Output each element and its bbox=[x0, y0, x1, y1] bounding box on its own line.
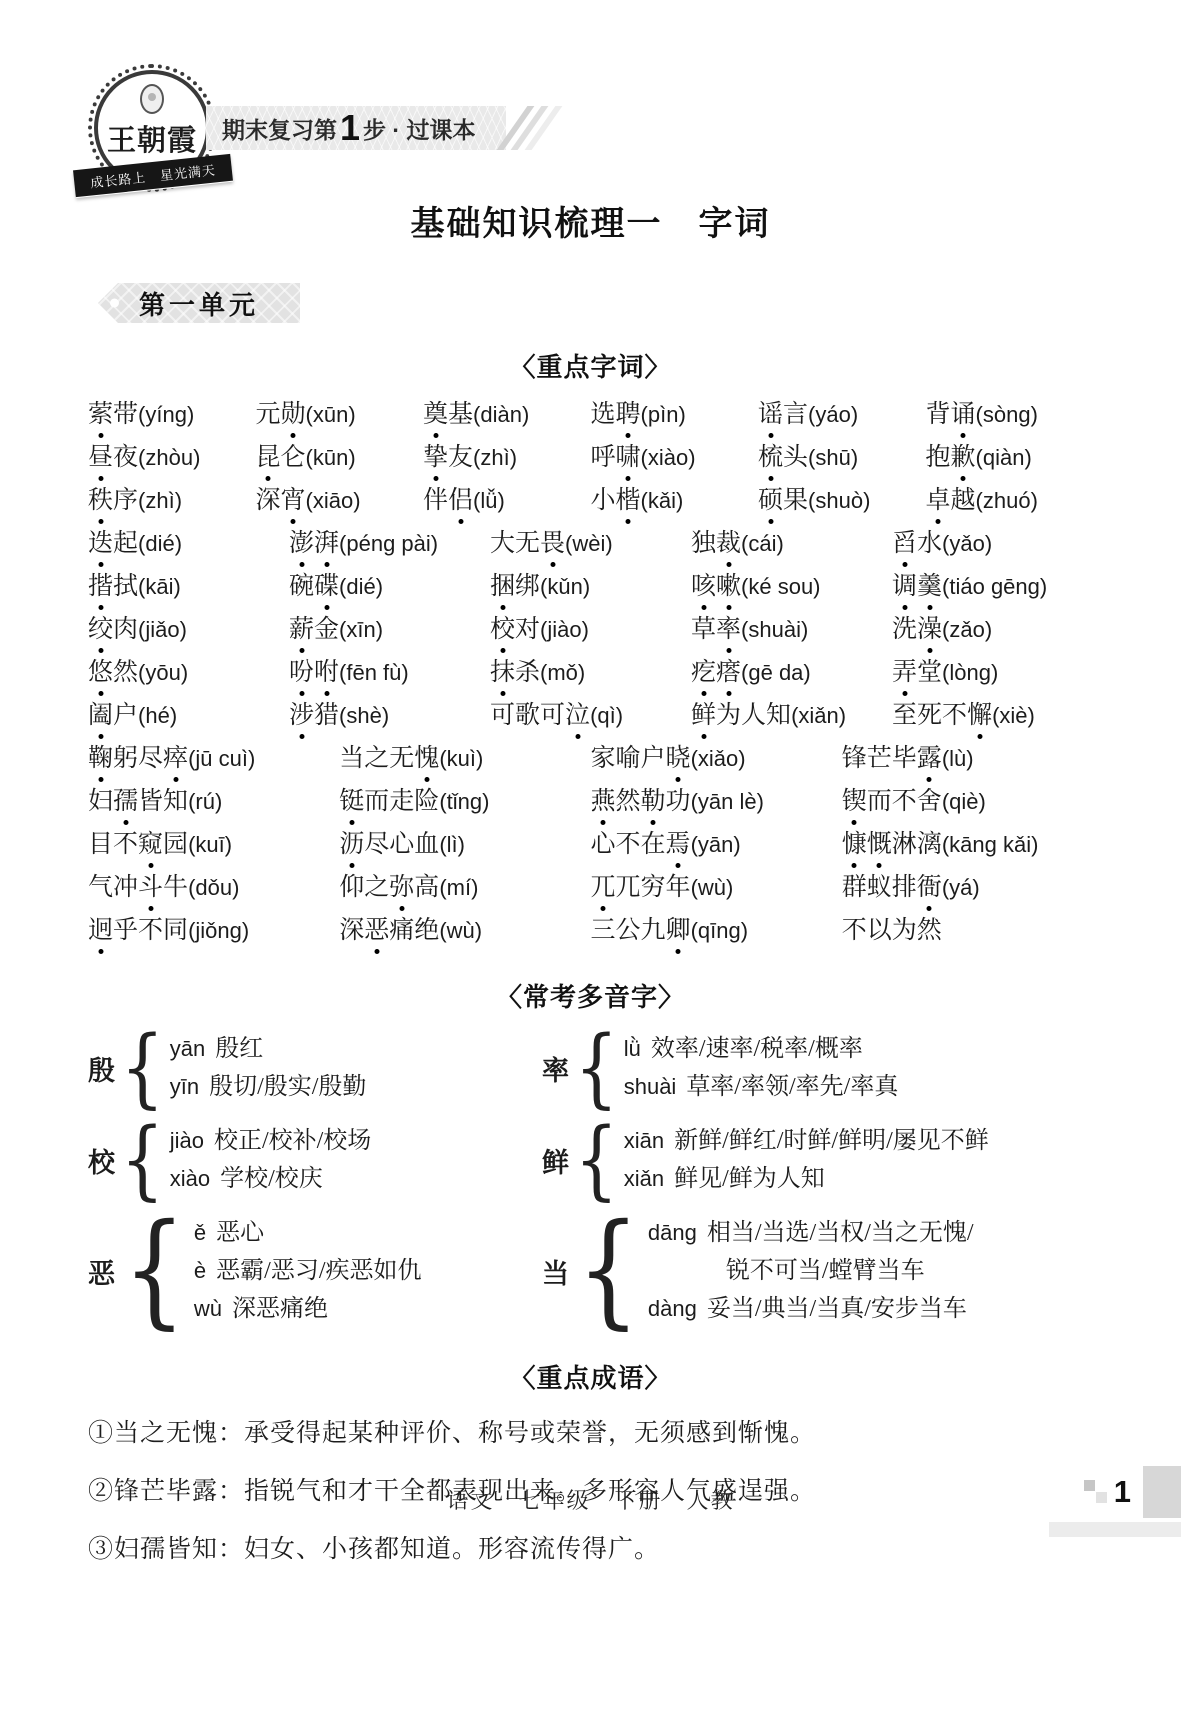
polyphone-entry: 殷{yān殷红yīn殷切/殷实/殷勤 bbox=[88, 1030, 528, 1106]
word-row: 绞肉(jiǎo)薪金(xīn)校对(jiào)草率(shuài)洗澡(zǎo) bbox=[88, 615, 1093, 658]
polyphone-line: shuài草率/率领/率先/率真 bbox=[624, 1068, 899, 1106]
word-row: 鞠躬尽瘁(jū cuì)当之无愧(kuì)家喻户晓(xiǎo)锋芒毕露(lù) bbox=[88, 744, 1093, 787]
section-heading-polyphones: 〈常考多音字〉 bbox=[88, 977, 1093, 1014]
word-item: 吩咐(fēn fù) bbox=[289, 658, 409, 688]
textbook-page: 王朝霞 成长路上 星光满天 期末复习第 1 步 · 过课本 基础知识梳理一 字词… bbox=[0, 0, 1181, 1730]
word-item: 碗碟(dié) bbox=[289, 572, 383, 602]
polyphone-line: wù深恶痛绝 bbox=[194, 1290, 422, 1328]
word-item: 抹杀(mǒ) bbox=[490, 658, 585, 688]
word-item: 呼啸(xiào) bbox=[591, 443, 696, 473]
word-item: 硕果(shuò) bbox=[758, 486, 870, 516]
word-item: 调羹(tiáo gēng) bbox=[892, 572, 1047, 602]
polyphone-line: ě恶心 bbox=[194, 1214, 422, 1252]
word-item: 卓越(zhuó) bbox=[926, 486, 1038, 516]
word-item: 不以为然 bbox=[842, 916, 942, 946]
footer-book-info: 语文 七年级 下册 人教 bbox=[0, 1484, 1181, 1515]
word-item: 背诵(sòng) bbox=[926, 400, 1038, 430]
word-item: 捆绑(kǔn) bbox=[490, 572, 590, 602]
word-item: 小楷(kǎi) bbox=[591, 486, 684, 516]
word-item: 燕然勒功(yān lè) bbox=[591, 787, 764, 817]
polyphone-line: yān殷红 bbox=[170, 1030, 367, 1068]
word-item: 可歌可泣(qì) bbox=[490, 701, 623, 731]
word-item: 昆仑(kūn) bbox=[256, 443, 356, 473]
word-item: 洗澡(zǎo) bbox=[892, 615, 992, 645]
word-row: 阖户(hé)涉猎(shè)可歌可泣(qì)鲜为人知(xiǎn)至死不懈(xiè) bbox=[88, 701, 1093, 744]
word-item: 揩拭(kāi) bbox=[88, 572, 181, 602]
word-item: 元勋(xūn) bbox=[256, 400, 356, 430]
word-item: 深恶痛绝(wù) bbox=[339, 916, 482, 946]
section-heading-key-words: 〈重点字词〉 bbox=[88, 347, 1093, 384]
polyphone-character: 殷 bbox=[88, 1049, 115, 1088]
word-row: 气冲斗牛(dǒu)仰之弥高(mí)兀兀穷年(wù)群蚁排衙(yá) bbox=[88, 873, 1093, 916]
word-item: 秩序(zhì) bbox=[88, 486, 182, 516]
word-row: 揩拭(kāi)碗碟(dié)捆绑(kǔn)咳嗽(ké sou)调羹(tiáo g… bbox=[88, 572, 1093, 615]
page-title: 基础知识梳理一 字词 bbox=[88, 196, 1093, 245]
word-item: 萦带(yíng) bbox=[88, 400, 194, 430]
key-words-grid: 萦带(yíng)元勋(xūn)奠基(diàn)选聘(pìn)谣言(yáo)背诵(… bbox=[88, 400, 1093, 959]
page-number: 1 bbox=[1114, 1474, 1131, 1510]
word-row: 秩序(zhì)深宵(xiāo)伴侣(lǚ)小楷(kǎi)硕果(shuò)卓越(z… bbox=[88, 486, 1093, 529]
page-corner-strip-decoration bbox=[1049, 1522, 1181, 1537]
word-item: 当之无愧(kuì) bbox=[339, 744, 483, 774]
polyphone-line: xiǎn鲜见/鲜为人知 bbox=[624, 1160, 989, 1198]
brace-decoration: { bbox=[120, 1126, 164, 1195]
word-item: 疙瘩(gē da) bbox=[691, 658, 811, 688]
polyphone-entry: 校{jiào校正/校补/校场xiào学校/校庆 bbox=[88, 1122, 528, 1198]
word-item: 薪金(xīn) bbox=[289, 615, 383, 645]
brace-decoration: { bbox=[574, 1126, 618, 1195]
polyphone-line: jiào校正/校补/校场 bbox=[170, 1122, 372, 1160]
word-item: 铤而走险(tǐng) bbox=[339, 787, 489, 817]
word-item: 伴侣(lǚ) bbox=[423, 486, 505, 516]
polyphone-entry: 鲜{xiān新鲜/鲜红/时鲜/鲜明/屡见不鲜xiǎn鲜见/鲜为人知 bbox=[542, 1122, 1093, 1198]
word-item: 迥乎不同(jiǒng) bbox=[88, 916, 249, 946]
word-item: 谣言(yáo) bbox=[758, 400, 858, 430]
brace-decoration: { bbox=[120, 1034, 164, 1103]
word-item: 慷慨淋漓(kāng kǎi) bbox=[842, 830, 1039, 860]
polyphone-line: dàng妥当/典当/当真/安步当车 bbox=[648, 1290, 974, 1328]
unit-tag: 第一单元 bbox=[98, 283, 300, 323]
polyphone-entry: 恶{ě恶心è恶霸/恶习/疾恶如仇wù深恶痛绝 bbox=[88, 1214, 528, 1328]
word-row: 迭起(dié)澎湃(péng pài)大无畏(wèi)独裁(cái)舀水(yǎo… bbox=[88, 529, 1093, 572]
polyphone-entry: 率{lǜ效率/速率/税率/概率shuài草率/率领/率先/率真 bbox=[542, 1030, 1093, 1106]
section-heading-idioms: 〈重点成语〉 bbox=[88, 1358, 1093, 1395]
idiom-definition: ③妇孺皆知：妇女、小孩都知道。形容流传得广。 bbox=[88, 1533, 1093, 1567]
word-item: 鲜为人知(xiǎn) bbox=[691, 701, 846, 731]
word-item: 气冲斗牛(dǒu) bbox=[88, 873, 239, 903]
word-row: 迥乎不同(jiǒng)深恶痛绝(wù)三公九卿(qīng)不以为然 bbox=[88, 916, 1093, 959]
page-number-block: 1 bbox=[1084, 1466, 1181, 1518]
word-item: 梳头(shū) bbox=[758, 443, 858, 473]
page-number-band-decoration bbox=[1143, 1466, 1181, 1518]
word-item: 选聘(pìn) bbox=[591, 400, 686, 430]
word-item: 家喻户晓(xiǎo) bbox=[591, 744, 746, 774]
word-item: 昼夜(zhòu) bbox=[88, 443, 200, 473]
word-item: 草率(shuài) bbox=[691, 615, 808, 645]
polyphones-grid: 殷{yān殷红yīn殷切/殷实/殷勤率{lǜ效率/速率/税率/概率shuài草率… bbox=[88, 1030, 1093, 1328]
polyphone-character: 当 bbox=[542, 1252, 569, 1291]
word-row: 昼夜(zhòu)昆仑(kūn)挚友(zhì)呼啸(xiào)梳头(shū)抱歉(… bbox=[88, 443, 1093, 486]
word-item: 三公九卿(qīng) bbox=[591, 916, 749, 946]
word-item: 抱歉(qiàn) bbox=[926, 443, 1032, 473]
word-item: 校对(jiào) bbox=[490, 615, 589, 645]
word-item: 阖户(hé) bbox=[88, 701, 177, 731]
brace-decoration: { bbox=[123, 1221, 186, 1320]
word-item: 至死不懈(xiè) bbox=[892, 701, 1035, 731]
word-row: 妇孺皆知(rú)铤而走险(tǐng)燕然勒功(yān lè)锲而不舍(qiè) bbox=[88, 787, 1093, 830]
word-row: 萦带(yíng)元勋(xūn)奠基(diàn)选聘(pìn)谣言(yáo)背诵(… bbox=[88, 400, 1093, 443]
word-item: 妇孺皆知(rú) bbox=[88, 787, 222, 817]
polyphone-line: è恶霸/恶习/疾恶如仇 bbox=[194, 1252, 422, 1290]
word-item: 仰之弥高(mí) bbox=[339, 873, 478, 903]
word-item: 锲而不舍(qiè) bbox=[842, 787, 986, 817]
word-item: 迭起(dié) bbox=[88, 529, 182, 559]
word-item: 深宵(xiāo) bbox=[256, 486, 361, 516]
word-item: 锋芒毕露(lù) bbox=[842, 744, 974, 774]
word-row: 悠然(yōu)吩咐(fēn fù)抹杀(mǒ)疙瘩(gē da)弄堂(lòng) bbox=[88, 658, 1093, 701]
page-content: 基础知识梳理一 字词 第一单元 〈重点字词〉 萦带(yíng)元勋(xūn)奠基… bbox=[0, 0, 1181, 1591]
polyphone-line: xiān新鲜/鲜红/时鲜/鲜明/屡见不鲜 bbox=[624, 1122, 989, 1160]
brace-decoration: { bbox=[577, 1221, 640, 1320]
page-number-checker-decoration bbox=[1084, 1480, 1108, 1504]
polyphone-line: lǜ效率/速率/税率/概率 bbox=[624, 1030, 899, 1068]
word-item: 大无畏(wèi) bbox=[490, 529, 613, 559]
word-item: 澎湃(péng pài) bbox=[289, 529, 438, 559]
polyphone-character: 校 bbox=[88, 1141, 115, 1180]
word-item: 独裁(cái) bbox=[691, 529, 784, 559]
word-item: 悠然(yōu) bbox=[88, 658, 188, 688]
word-item: 奠基(diàn) bbox=[423, 400, 529, 430]
polyphone-line: 锐不可当/螳臂当车 bbox=[648, 1252, 974, 1290]
polyphone-line: dāng相当/当选/当权/当之无愧/ bbox=[648, 1214, 974, 1252]
word-item: 绞肉(jiǎo) bbox=[88, 615, 187, 645]
word-row: 目不窥园(kuī)沥尽心血(lì)心不在焉(yān)慷慨淋漓(kāng kǎi) bbox=[88, 830, 1093, 873]
word-item: 群蚁排衙(yá) bbox=[842, 873, 980, 903]
word-item: 沥尽心血(lì) bbox=[339, 830, 465, 860]
brace-decoration: { bbox=[574, 1034, 618, 1103]
word-item: 舀水(yǎo) bbox=[892, 529, 992, 559]
polyphone-character: 恶 bbox=[88, 1252, 115, 1291]
word-item: 咳嗽(ké sou) bbox=[691, 572, 821, 602]
idiom-definition: ①当之无愧：承受得起某种评价、称号或荣誉，无须感到惭愧。 bbox=[88, 1417, 1093, 1451]
polyphone-character: 率 bbox=[542, 1049, 569, 1088]
polyphone-line: xiào学校/校庆 bbox=[170, 1160, 372, 1198]
word-item: 弄堂(lòng) bbox=[892, 658, 998, 688]
polyphone-line: yīn殷切/殷实/殷勤 bbox=[170, 1068, 367, 1106]
polyphone-entry: 当{dāng相当/当选/当权/当之无愧/锐不可当/螳臂当车dàng妥当/典当/当… bbox=[542, 1214, 1093, 1328]
polyphone-character: 鲜 bbox=[542, 1141, 569, 1180]
word-item: 心不在焉(yān) bbox=[591, 830, 741, 860]
word-item: 鞠躬尽瘁(jū cuì) bbox=[88, 744, 255, 774]
word-item: 挚友(zhì) bbox=[423, 443, 517, 473]
word-item: 兀兀穷年(wù) bbox=[591, 873, 734, 903]
word-item: 目不窥园(kuī) bbox=[88, 830, 232, 860]
word-item: 涉猎(shè) bbox=[289, 701, 389, 731]
